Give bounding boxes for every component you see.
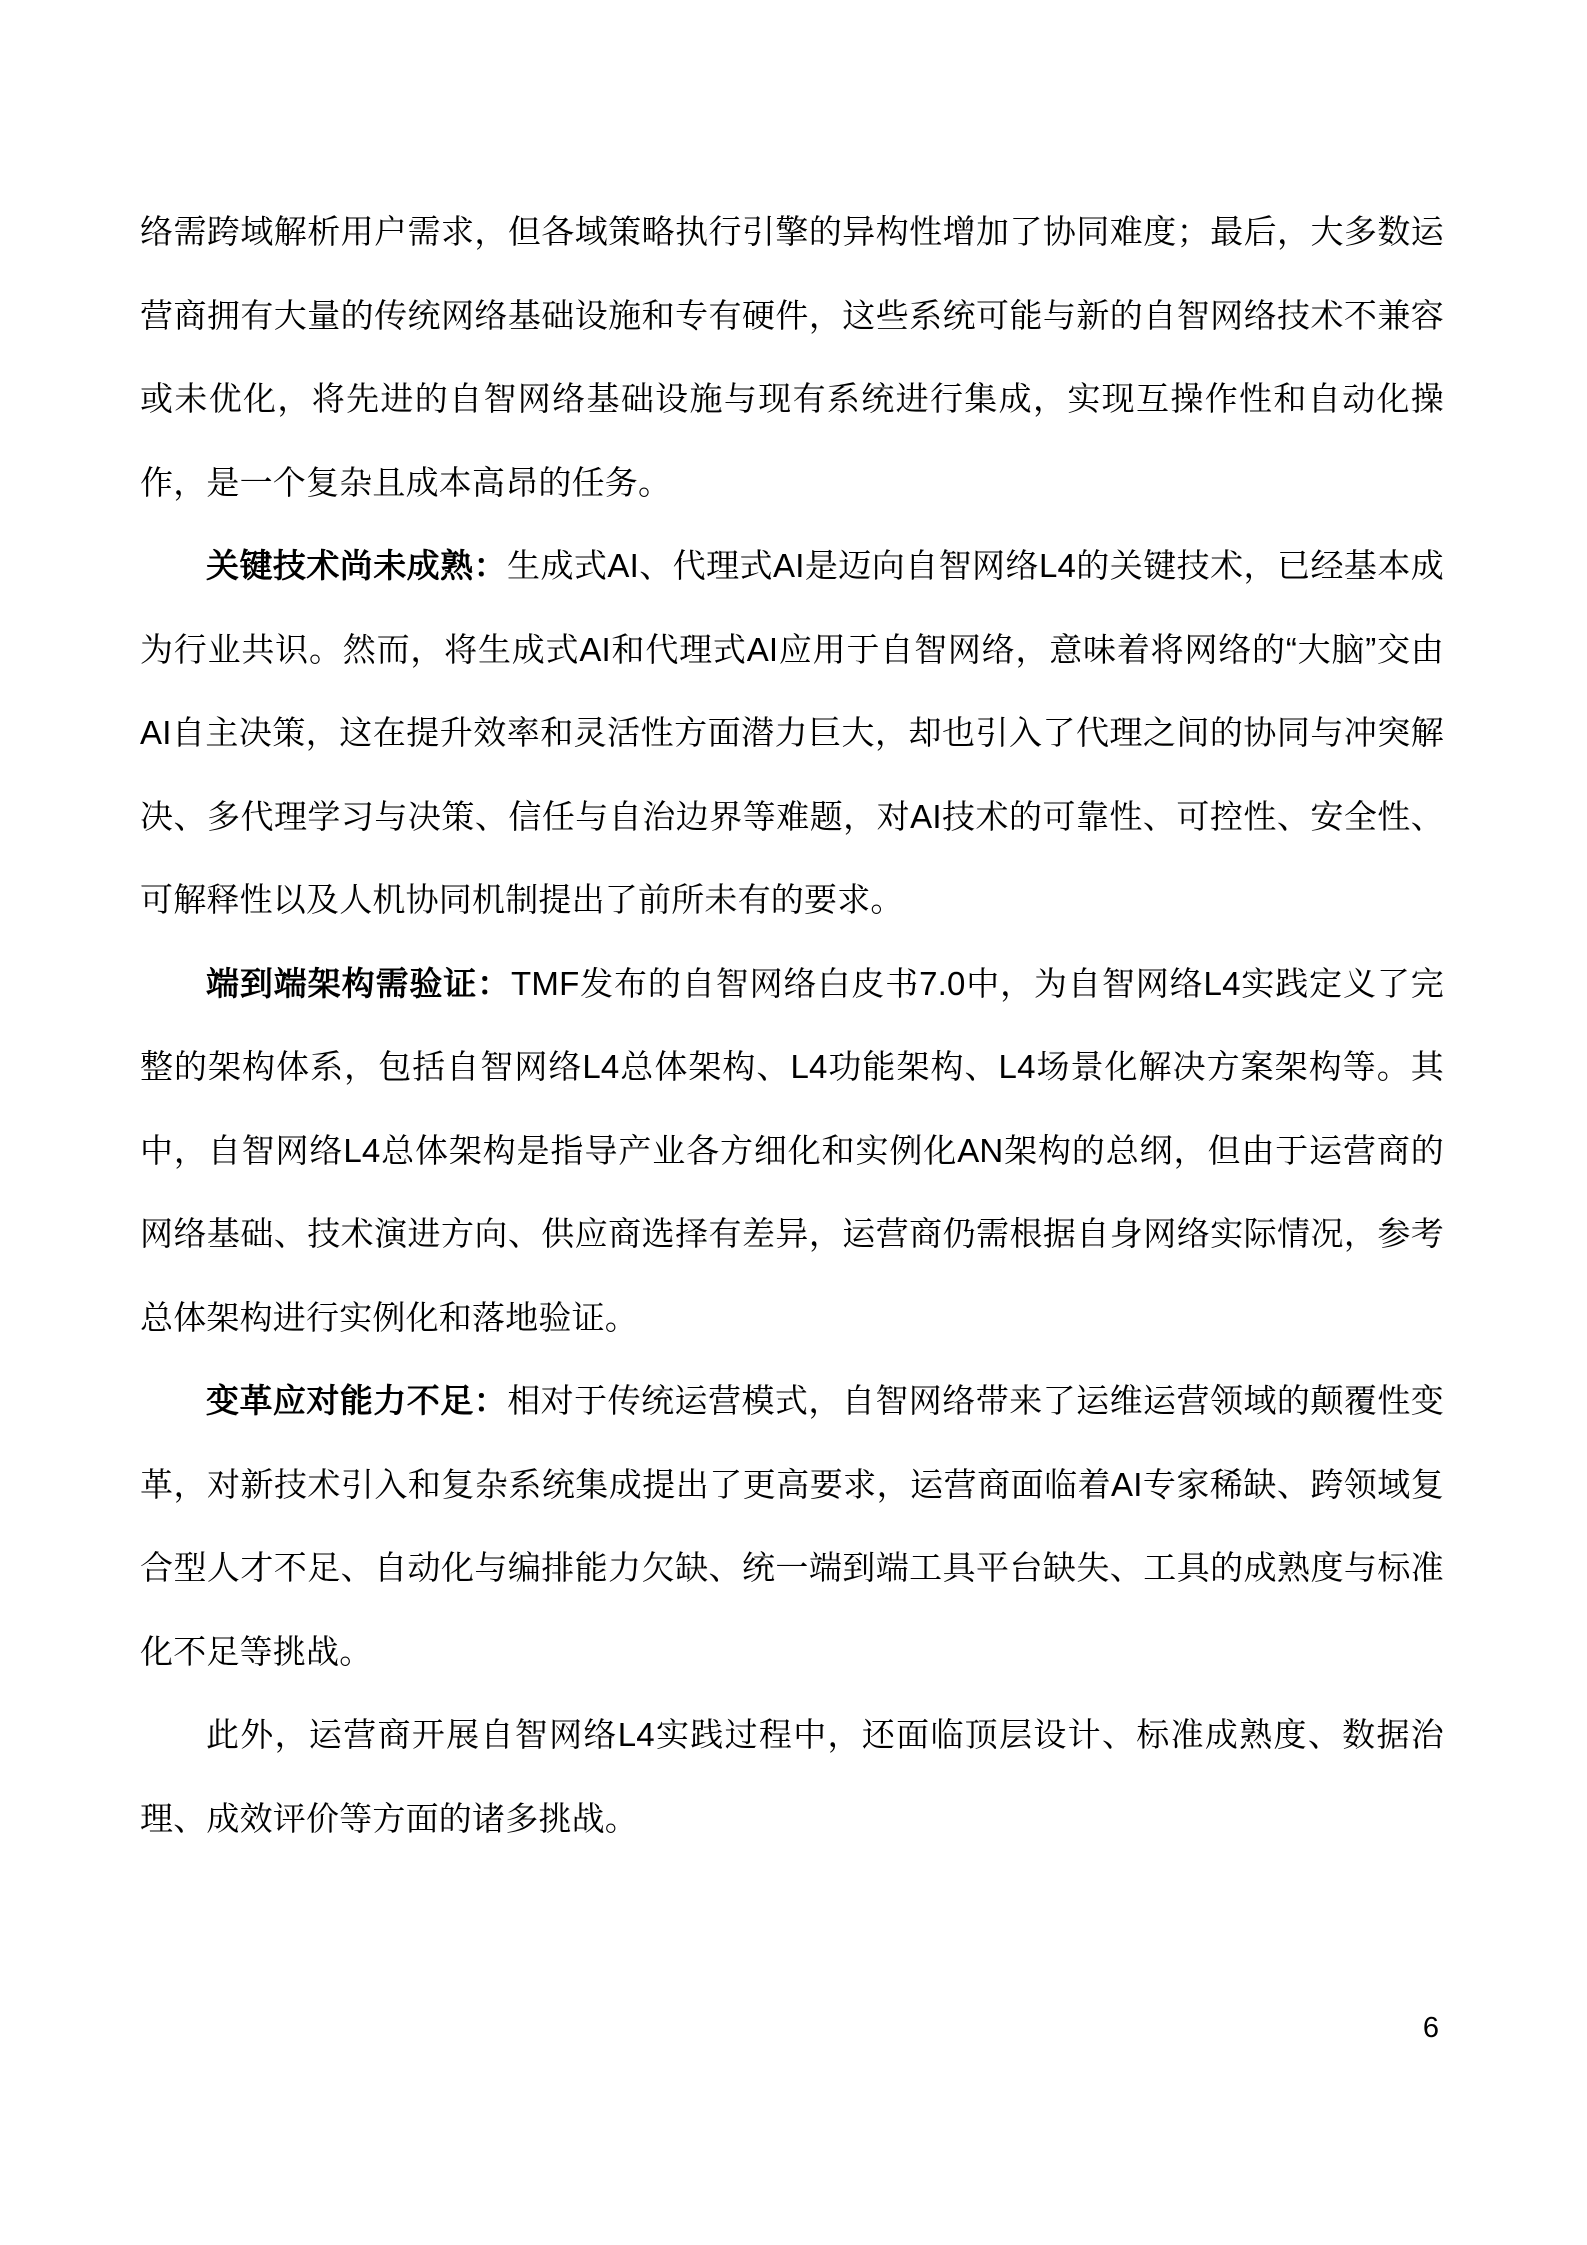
paragraph: 此外，运营商开展自智网络L4实践过程中，还面临顶层设计、标准成熟度、数据治理、成… xyxy=(140,1693,1444,1860)
paragraph-lead: 关键技术尚未成熟： xyxy=(206,547,507,584)
paragraph-text: TMF发布的自智网络白皮书7.0中，为自智网络L4实践定义了完整的架构体系，包括… xyxy=(140,965,1444,1336)
paragraph-text: 相对于传统运营模式，自智网络带来了运维运营领域的颠覆性变革，对新技术引入和复杂系… xyxy=(140,1382,1444,1670)
paragraph-lead: 变革应对能力不足： xyxy=(206,1382,507,1419)
page-number: 6 xyxy=(1423,2012,1439,2044)
paragraph: 络需跨域解析用户需求，但各域策略执行引擎的异构性增加了协同难度；最后，大多数运营… xyxy=(140,190,1444,524)
paragraph-text: 生成式AI、代理式AI是迈向自智网络L4的关键技术，已经基本成为行业共识。然而，… xyxy=(140,547,1444,918)
paragraph-lead: 端到端架构需验证： xyxy=(206,965,511,1002)
paragraph: 端到端架构需验证：TMF发布的自智网络白皮书7.0中，为自智网络L4实践定义了完… xyxy=(140,942,1444,1360)
paragraph: 关键技术尚未成熟：生成式AI、代理式AI是迈向自智网络L4的关键技术，已经基本成… xyxy=(140,524,1444,942)
page-body-text: 络需跨域解析用户需求，但各域策略执行引擎的异构性增加了协同难度；最后，大多数运营… xyxy=(140,190,1444,1860)
paragraph: 变革应对能力不足：相对于传统运营模式，自智网络带来了运维运营领域的颠覆性变革，对… xyxy=(140,1359,1444,1693)
document-page: 络需跨域解析用户需求，但各域策略执行引擎的异构性增加了协同难度；最后，大多数运营… xyxy=(0,0,1587,2245)
paragraph-text: 络需跨域解析用户需求，但各域策略执行引擎的异构性增加了协同难度；最后，大多数运营… xyxy=(140,213,1444,501)
paragraph-text: 此外，运营商开展自智网络L4实践过程中，还面临顶层设计、标准成熟度、数据治理、成… xyxy=(140,1716,1444,1837)
